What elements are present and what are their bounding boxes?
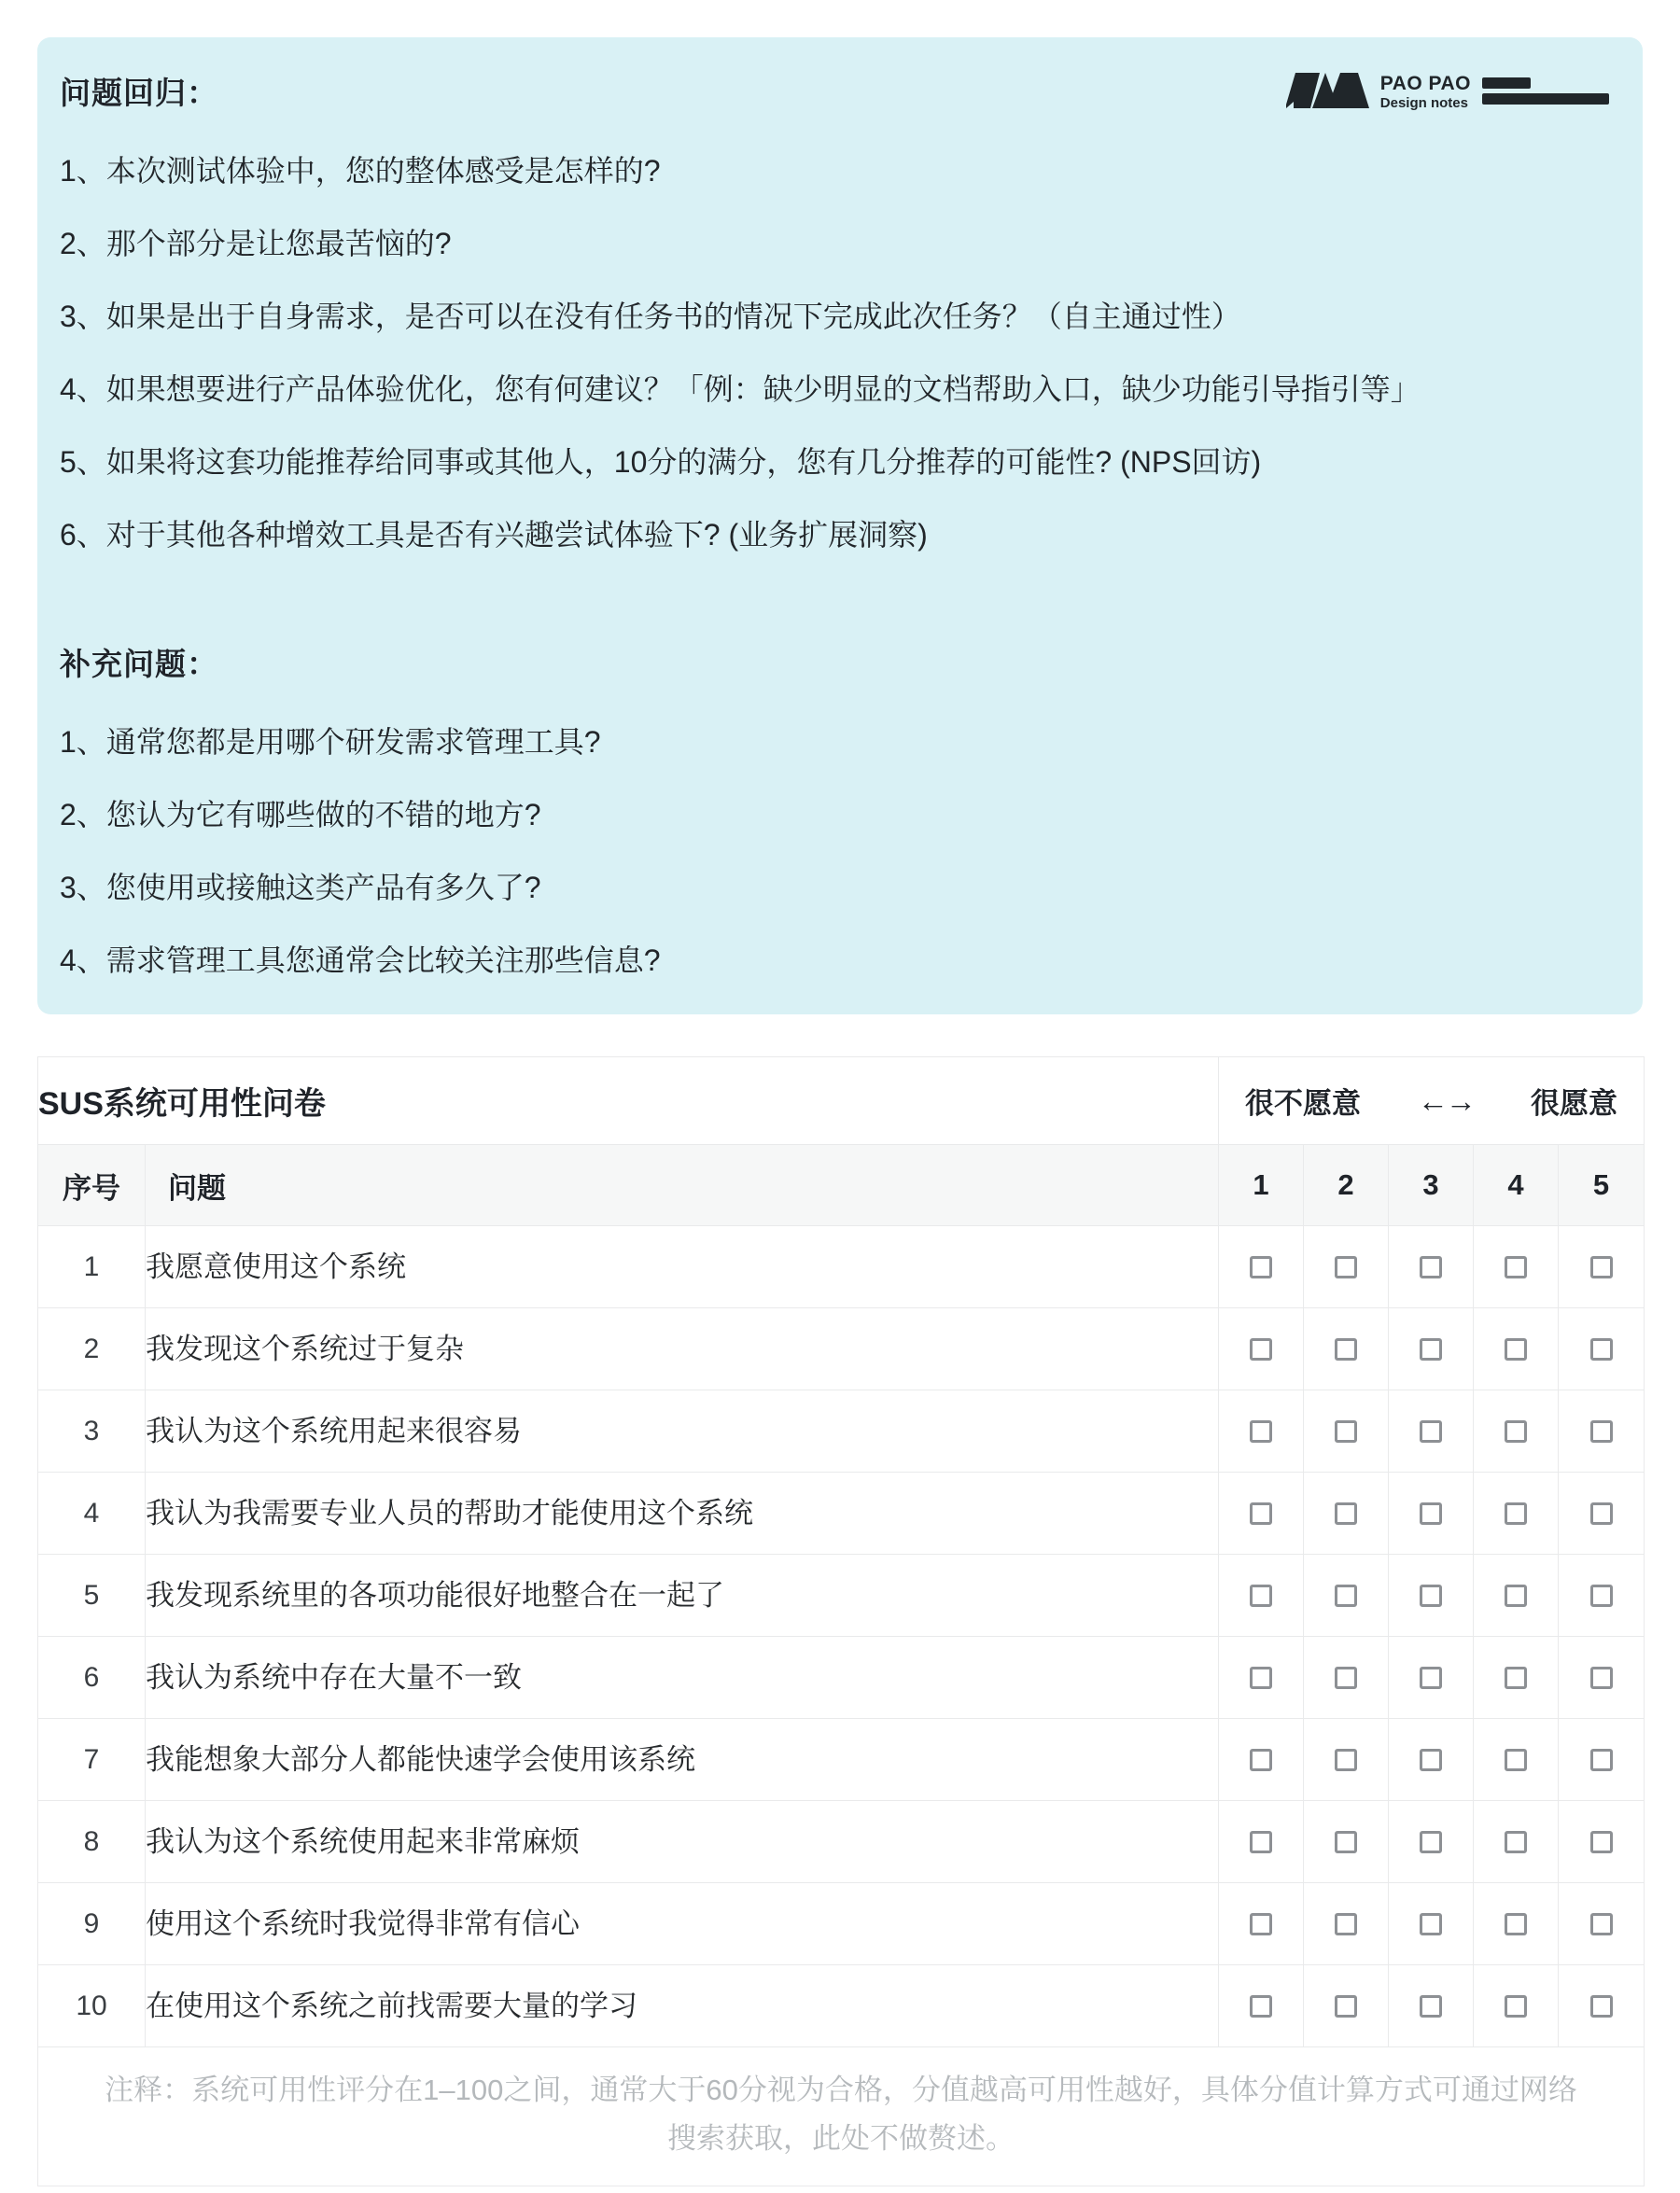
rating-checkbox-1[interactable] bbox=[1250, 1995, 1272, 2018]
interview-notes-panel: PAO PAO Design notes 问题回归： 1、本次测试体验中，您的整… bbox=[37, 37, 1643, 1014]
interview-question: 2、您认为它有哪些做的不错的地方? bbox=[60, 778, 1620, 851]
paopao-mark-icon bbox=[1283, 73, 1369, 108]
row-question: 我认为这个系统用起来很容易 bbox=[146, 1390, 1219, 1473]
rating-checkbox-2[interactable] bbox=[1335, 1338, 1357, 1361]
rating-checkbox-3[interactable] bbox=[1420, 1913, 1442, 1935]
rating-checkbox-1[interactable] bbox=[1250, 1502, 1272, 1525]
survey-title: SUS系统可用性问卷 bbox=[38, 1057, 1219, 1145]
row-number: 8 bbox=[38, 1801, 146, 1883]
brand-tagline: Design notes bbox=[1380, 96, 1471, 110]
row-question: 我认为这个系统使用起来非常麻烦 bbox=[146, 1801, 1219, 1883]
row-question: 我发现系统里的各项功能很好地整合在一起了 bbox=[146, 1555, 1219, 1637]
survey-row: 9 使用这个系统时我觉得非常有信心 bbox=[38, 1883, 1645, 1965]
survey-row: 2 我发现这个系统过于复杂 bbox=[38, 1308, 1645, 1390]
rating-checkbox-2[interactable] bbox=[1335, 1502, 1357, 1525]
interview-question: 3、您使用或接触这类产品有多久了? bbox=[60, 851, 1620, 924]
interview-question: 1、本次测试体验中，您的整体感受是怎样的? bbox=[60, 134, 1620, 207]
rating-checkbox-2[interactable] bbox=[1335, 1420, 1357, 1443]
row-number: 3 bbox=[38, 1390, 146, 1473]
survey-column-header-row: 序号 问题 1 2 3 4 5 bbox=[38, 1145, 1645, 1226]
rating-checkbox-5[interactable] bbox=[1590, 1502, 1613, 1525]
brand-name: PAO PAO bbox=[1380, 74, 1471, 93]
rating-checkbox-3[interactable] bbox=[1420, 1995, 1442, 2018]
survey-row: 1 我愿意使用这个系统 bbox=[38, 1226, 1645, 1308]
rating-checkbox-1[interactable] bbox=[1250, 1749, 1272, 1771]
survey-row: 5 我发现系统里的各项功能很好地整合在一起了 bbox=[38, 1555, 1645, 1637]
brand-text: PAO PAO Design notes bbox=[1380, 74, 1471, 110]
rating-checkbox-3[interactable] bbox=[1420, 1749, 1442, 1771]
rating-checkbox-5[interactable] bbox=[1590, 1338, 1613, 1361]
rating-checkbox-5[interactable] bbox=[1590, 1749, 1613, 1771]
scale-label-willing: 很愿意 bbox=[1531, 1080, 1617, 1122]
column-header-rating-5: 5 bbox=[1559, 1145, 1645, 1226]
row-question: 我能想象大部分人都能快速学会使用该系统 bbox=[146, 1719, 1219, 1801]
question-review-list: 1、本次测试体验中，您的整体感受是怎样的? 2、那个部分是让您最苦恼的? 3、如… bbox=[60, 134, 1620, 571]
rating-checkbox-4[interactable] bbox=[1505, 1667, 1527, 1689]
row-question: 我认为我需要专业人员的帮助才能使用这个系统 bbox=[146, 1473, 1219, 1555]
row-number: 5 bbox=[38, 1555, 146, 1637]
row-number: 4 bbox=[38, 1473, 146, 1555]
rating-checkbox-4[interactable] bbox=[1505, 1995, 1527, 2018]
rating-checkbox-1[interactable] bbox=[1250, 1831, 1272, 1853]
rating-checkbox-4[interactable] bbox=[1505, 1585, 1527, 1607]
column-header-rating-3: 3 bbox=[1389, 1145, 1474, 1226]
rating-checkbox-4[interactable] bbox=[1505, 1502, 1527, 1525]
column-header-rating-2: 2 bbox=[1304, 1145, 1389, 1226]
rating-checkbox-4[interactable] bbox=[1505, 1338, 1527, 1361]
rating-checkbox-4[interactable] bbox=[1505, 1256, 1527, 1278]
column-header-rating-1: 1 bbox=[1219, 1145, 1304, 1226]
row-question: 我认为系统中存在大量不一致 bbox=[146, 1637, 1219, 1719]
section-title-supplementary: 补充问题： bbox=[60, 646, 1620, 683]
rating-checkbox-1[interactable] bbox=[1250, 1585, 1272, 1607]
rating-checkbox-3[interactable] bbox=[1420, 1585, 1442, 1607]
row-question: 我愿意使用这个系统 bbox=[146, 1226, 1219, 1308]
row-question: 使用这个系统时我觉得非常有信心 bbox=[146, 1883, 1219, 1965]
interview-question: 2、那个部分是让您最苦恼的? bbox=[60, 207, 1620, 280]
column-header-rating-4: 4 bbox=[1474, 1145, 1559, 1226]
rating-checkbox-2[interactable] bbox=[1335, 1585, 1357, 1607]
rating-checkbox-3[interactable] bbox=[1420, 1420, 1442, 1443]
rating-checkbox-3[interactable] bbox=[1420, 1256, 1442, 1278]
row-question: 在使用这个系统之前找需要大量的学习 bbox=[146, 1965, 1219, 2047]
rating-checkbox-5[interactable] bbox=[1590, 1995, 1613, 2018]
row-question: 我发现这个系统过于复杂 bbox=[146, 1308, 1219, 1390]
survey-row: 4 我认为我需要专业人员的帮助才能使用这个系统 bbox=[38, 1473, 1645, 1555]
survey-row: 6 我认为系统中存在大量不一致 bbox=[38, 1637, 1645, 1719]
interview-question: 3、如果是出于自身需求，是否可以在没有任务书的情况下完成此次任务？（自主通过性） bbox=[60, 280, 1620, 353]
column-header-question: 问题 bbox=[146, 1145, 1219, 1226]
row-number: 2 bbox=[38, 1308, 146, 1390]
rating-checkbox-3[interactable] bbox=[1420, 1667, 1442, 1689]
scale-arrow-icon: ←→ bbox=[1418, 1083, 1474, 1119]
survey-row: 7 我能想象大部分人都能快速学会使用该系统 bbox=[38, 1719, 1645, 1801]
rating-checkbox-1[interactable] bbox=[1250, 1420, 1272, 1443]
rating-checkbox-5[interactable] bbox=[1590, 1831, 1613, 1853]
rating-checkbox-5[interactable] bbox=[1590, 1420, 1613, 1443]
rating-checkbox-4[interactable] bbox=[1505, 1749, 1527, 1771]
rating-checkbox-5[interactable] bbox=[1590, 1667, 1613, 1689]
survey-note-row: 注释：系统可用性评分在1–100之间，通常大于60分视为合格，分值越高可用性越好… bbox=[38, 2047, 1645, 2186]
rating-checkbox-4[interactable] bbox=[1505, 1420, 1527, 1443]
rating-checkbox-2[interactable] bbox=[1335, 1995, 1357, 2018]
rating-checkbox-2[interactable] bbox=[1335, 1667, 1357, 1689]
rating-checkbox-3[interactable] bbox=[1420, 1338, 1442, 1361]
survey-body: 1 我愿意使用这个系统 2 我发现这个系统过于复杂 3 我认为这 bbox=[38, 1226, 1645, 2047]
interview-question: 5、如果将这套功能推荐给同事或其他人，10分的满分，您有几分推荐的可能性? (N… bbox=[60, 426, 1620, 498]
rating-checkbox-3[interactable] bbox=[1420, 1502, 1442, 1525]
rating-checkbox-2[interactable] bbox=[1335, 1749, 1357, 1771]
survey-row: 8 我认为这个系统使用起来非常麻烦 bbox=[38, 1801, 1645, 1883]
survey-title-row: SUS系统可用性问卷 很不愿意 ←→ 很愿意 bbox=[38, 1057, 1645, 1145]
interview-question: 4、需求管理工具您通常会比较关注那些信息? bbox=[60, 924, 1620, 997]
row-number: 7 bbox=[38, 1719, 146, 1801]
brand-bars-icon bbox=[1482, 77, 1609, 105]
supplementary-question-list: 1、通常您都是用哪个研发需求管理工具? 2、您认为它有哪些做的不错的地方? 3、… bbox=[60, 705, 1620, 997]
scale-header-cell: 很不愿意 ←→ 很愿意 bbox=[1219, 1057, 1645, 1145]
rating-checkbox-5[interactable] bbox=[1590, 1913, 1613, 1935]
rating-checkbox-2[interactable] bbox=[1335, 1913, 1357, 1935]
row-number: 1 bbox=[38, 1226, 146, 1308]
rating-checkbox-1[interactable] bbox=[1250, 1667, 1272, 1689]
survey-note: 注释：系统可用性评分在1–100之间，通常大于60分视为合格，分值越高可用性越好… bbox=[38, 2047, 1645, 2186]
rating-checkbox-5[interactable] bbox=[1590, 1585, 1613, 1607]
row-number: 6 bbox=[38, 1637, 146, 1719]
row-number: 10 bbox=[38, 1965, 146, 2047]
rating-checkbox-1[interactable] bbox=[1250, 1256, 1272, 1278]
rating-checkbox-1[interactable] bbox=[1250, 1338, 1272, 1361]
interview-question: 6、对于其他各种增效工具是否有兴趣尝试体验下? (业务扩展洞察) bbox=[60, 498, 1620, 571]
interview-question: 1、通常您都是用哪个研发需求管理工具? bbox=[60, 705, 1620, 778]
rating-checkbox-3[interactable] bbox=[1420, 1831, 1442, 1853]
rating-checkbox-1[interactable] bbox=[1250, 1913, 1272, 1935]
survey-row: 3 我认为这个系统用起来很容易 bbox=[38, 1390, 1645, 1473]
scale-label-unwilling: 很不愿意 bbox=[1245, 1080, 1361, 1122]
rating-checkbox-4[interactable] bbox=[1505, 1913, 1527, 1935]
column-header-index: 序号 bbox=[38, 1145, 146, 1226]
rating-checkbox-4[interactable] bbox=[1505, 1831, 1527, 1853]
sus-survey-table: SUS系统可用性问卷 很不愿意 ←→ 很愿意 序号 问题 1 2 3 4 5 1… bbox=[37, 1056, 1645, 2186]
row-number: 9 bbox=[38, 1883, 146, 1965]
interview-question: 4、如果想要进行产品体验优化，您有何建议？「例：缺少明显的文档帮助入口，缺少功能… bbox=[60, 353, 1620, 426]
rating-checkbox-2[interactable] bbox=[1335, 1256, 1357, 1278]
rating-checkbox-5[interactable] bbox=[1590, 1256, 1613, 1278]
brand-logo: PAO PAO Design notes bbox=[1283, 73, 1609, 110]
rating-checkbox-2[interactable] bbox=[1335, 1831, 1357, 1853]
survey-row: 10 在使用这个系统之前找需要大量的学习 bbox=[38, 1965, 1645, 2047]
